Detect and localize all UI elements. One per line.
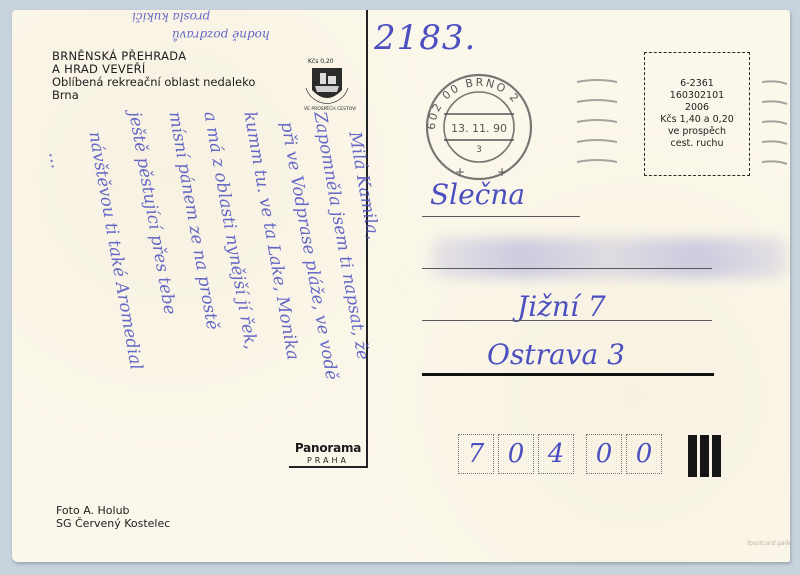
postmark-icon: 602 00 BRNO 2 13. 11. 90 3 + +: [417, 72, 567, 182]
svg-text:+: +: [497, 165, 507, 179]
stamp-line: 160302101: [670, 90, 724, 102]
postal-code-boxes: 7 0 4 0 0: [458, 434, 662, 474]
svg-text:+: +: [455, 165, 465, 179]
postmark-date: 13. 11. 90: [451, 122, 507, 135]
stamp-line: 6-2361: [680, 78, 714, 90]
address-city: Ostrava 3: [487, 338, 625, 371]
message-line: Milá Kamila,: [344, 130, 383, 241]
postal-code-digit: 4: [538, 434, 574, 474]
stamp-box: 6-2361 160302101 2006 Kčs 1,40 a 0,20 ve…: [644, 52, 750, 176]
address-street: Jižní 7: [517, 290, 606, 323]
svg-text:VE PROSPĚCH CESTOVNÍHO RUCHU: VE PROSPĚCH CESTOVNÍHO RUCHU: [304, 104, 356, 112]
stamp-line: Kčs 1,40 a 0,20: [660, 114, 734, 126]
address-line-2: [422, 268, 712, 269]
stamp-line: ve prospěch: [668, 126, 726, 138]
postal-code-digit: 0: [498, 434, 534, 474]
castle-emblem-icon: Kčs 0,20 VE PROSPĚCH CESTOVNÍHO RUCHU: [298, 56, 356, 114]
tourism-price-label: Kčs 0,20: [308, 58, 334, 65]
address-line-1: [422, 216, 580, 217]
stamp-line: cest. ruchu: [671, 138, 724, 150]
postcard: BRNĚNSKÁ PŘEHRADA A HRAD VEVEŘÍ Oblíbená…: [12, 10, 790, 562]
postal-code-digit: 0: [586, 434, 622, 474]
caption-subtitle-line2: Brna: [52, 89, 255, 102]
reference-number: 2183.: [374, 18, 476, 58]
address-line-4: [422, 373, 714, 376]
postal-sort-bars: [688, 435, 721, 477]
picture-caption: BRNĚNSKÁ PŘEHRADA A HRAD VEVEŘÍ Oblíbená…: [52, 50, 255, 102]
watermark: fpostcard.gallery: [747, 540, 790, 547]
address-line-3: [422, 320, 712, 321]
message-line: …: [44, 150, 67, 170]
postal-code-digit: 7: [458, 434, 494, 474]
handwritten-message: Milá Kamila, Zapomněla jsem ti napsat, ž…: [34, 130, 364, 560]
postal-code-digit: 0: [626, 434, 662, 474]
postmark-code: 3: [476, 145, 482, 155]
caption-subtitle-line1: Oblíbená rekreační oblast nedaleko: [52, 76, 255, 89]
address-name-redacted: [432, 238, 787, 278]
stamp-line: 2006: [685, 102, 709, 114]
address-salutation: Slečna: [430, 178, 525, 211]
handwritten-note-top-1: prosla kukiči: [132, 10, 210, 24]
handwritten-note-top-2: hodně pozdravů: [172, 28, 270, 42]
